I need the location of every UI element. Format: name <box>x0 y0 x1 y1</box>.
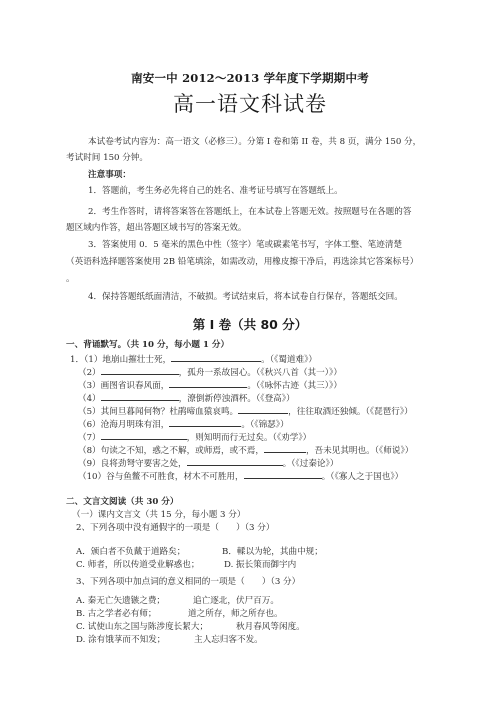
note-1: 1．答题前，考生务必先将自己的姓名、准考证号填写在答题纸上。 <box>88 184 343 196</box>
answer-blank <box>169 417 241 427</box>
question-3-option-left: D. 涂有饿莩而不知发； <box>76 633 165 645</box>
note-3-cont: （英语科选择题答案使用 2B 铅笔填涂，如需改动，用橡皮擦干净后，再选涂其它答案… <box>66 255 418 267</box>
note-2: 2．考生作答时，请将答案答在答题纸上，在本试卷上答题无效。按照题号在各题的答 <box>88 205 411 217</box>
recitation-item: （2），孤舟一系故园心。（《秋兴八首（其一）》） <box>78 365 342 378</box>
answer-blank <box>171 352 261 362</box>
exam-title: 高一语文科试卷 <box>0 88 500 118</box>
exam-subtitle: 南安一中 2012～2013 学年度下学期期中考 <box>0 70 500 86</box>
recitation-source: ，孤舟一系故园心。（《秋兴八首（其一）》） <box>179 368 342 378</box>
answer-blank <box>238 404 288 414</box>
question-3-option-left: A. 秦无亡矢遗镞之费； <box>76 594 165 606</box>
question-3-option-right: 追亡逐北，伏尸百万。 <box>193 594 279 606</box>
recitation-source: ，往往取酒还独倾。（《琵琶行》） <box>288 407 413 417</box>
question-3-option-right: 秋月春风等闲度。 <box>236 620 305 632</box>
answer-blank <box>101 430 187 440</box>
question-3-stem: 3、下列各项中加点词的意义相同的一项是（ ）（3 分） <box>76 575 300 587</box>
recitation-item: 1．（1）地崩山摧壮士死，。（《蜀道难》） <box>70 352 317 365</box>
recitation-item: （4），潦倒新停浊酒杯。（《登高》） <box>78 391 295 404</box>
recitation-prompt: （7） <box>78 433 101 443</box>
question-3-option-right: 道之所存，师之所存也。 <box>188 607 283 619</box>
question-2-option: D. 振长策而御宇内 <box>224 558 296 570</box>
answer-blank <box>101 391 179 401</box>
section-2-heading: 二、文言文阅读（共 30 分） <box>66 495 178 507</box>
recitation-item: （7），则知明而行无过矣。（《劝学》） <box>78 430 311 443</box>
answer-blank <box>264 443 306 453</box>
recitation-prompt: （6）沧海月明珠有泪， <box>78 420 169 430</box>
answer-blank <box>187 456 283 466</box>
recitation-prompt: （10）谷与鱼鳖不可胜食，材木不可胜用， <box>78 472 244 482</box>
recitation-item: （3）画图省识春风面，。（《咏怀古迹（其三）》） <box>78 378 342 391</box>
recitation-prompt: 1．（1）地崩山摧壮士死， <box>70 355 171 365</box>
recitation-source: ，则知明而行无过矣。（《劝学》） <box>187 433 312 443</box>
answer-blank <box>169 378 247 388</box>
recitation-source: ，潦倒新停浊酒杯。（《登高》） <box>179 394 295 404</box>
recitation-item: （5）其间旦暮闻何物？杜鹃啼血猿哀鸣。，往往取酒还独倾。（《琵琶行》） <box>78 404 413 417</box>
note-2-cont: 题区域内作答，超出答题区域书写的答案无效。 <box>66 221 246 233</box>
recitation-source: ，吾未见其明也。（《师说》） <box>306 446 413 456</box>
recitation-prompt: （4） <box>78 394 101 404</box>
exam-page: 南安一中 2012～2013 学年度下学期期中考 高一语文科试卷 本试卷考试内容… <box>0 0 500 707</box>
note-4: 4．保持答题纸纸面清洁，不破损。考试结束后，将本试卷自行保存，答题纸交回。 <box>88 290 403 302</box>
section-1-heading: 一、背诵默写。（共 10 分，每小题 1 分） <box>66 338 229 350</box>
answer-blank <box>101 365 179 375</box>
intro-line-1: 本试卷考试内容为：高一语文（必修三）。分第 I 卷和第 II 卷，共 8 页，满… <box>88 135 421 147</box>
intro-line-2: 考试时间 150 分钟。 <box>66 151 148 163</box>
answer-blank <box>244 469 322 479</box>
recitation-prompt: （9）良将劲弩守要害之处， <box>78 459 187 469</box>
recitation-prompt: （2） <box>78 368 101 378</box>
question-2-option: A．颁白者不负戴于道路矣； <box>76 545 185 557</box>
recitation-source: 。（《咏怀古迹（其三）》） <box>247 381 342 391</box>
note-3: 3．答案使用 0．5 毫米的黑色中性（签字）笔或碳素笔书写，字体工整、笔迹清楚 <box>88 238 402 250</box>
question-3-option-right: 主人忘归客不发。 <box>194 633 263 645</box>
recitation-item: （6）沧海月明珠有泪，。（《锦瑟》） <box>78 417 289 430</box>
notes-heading: 注意事项： <box>88 168 131 180</box>
question-2-option: B．輮以为轮，其曲中规； <box>222 545 323 557</box>
note-3-end: 。 <box>66 272 75 284</box>
recitation-prompt: （3）画图省识春风面， <box>78 381 169 391</box>
question-3-option-left: C. 试使山东之国与陈涉度长絜大； <box>76 620 208 632</box>
recitation-prompt: （5）其间旦暮闻何物？杜鹃啼血猿哀鸣。 <box>78 407 238 417</box>
recitation-source: 。（《过秦论》） <box>283 459 339 469</box>
recitation-item: （9）良将劲弩守要害之处，。（《过秦论》） <box>78 456 338 469</box>
recitation-prompt: （8）句读之不知，惑之不解，或师焉，或不焉， <box>78 446 264 456</box>
recitation-source: 。（《寡人之于国也》） <box>322 472 404 482</box>
question-2-stem: 2、下列各项中没有通假字的一项是（ ）（3 分） <box>76 521 274 533</box>
recitation-source: 。（《锦瑟》） <box>241 420 288 430</box>
question-3-option-left: B. 古之学者必有师； <box>76 607 157 619</box>
question-2-option: C. 师者，所以传道受业解惑也； <box>76 558 199 570</box>
section-2-sub-1: （一）课内文言文（共 15 分，每小题 3 分） <box>72 508 245 520</box>
part-1-title: 第 I 卷（共 80 分） <box>0 315 500 333</box>
recitation-source: 。（《蜀道难》） <box>261 355 317 365</box>
recitation-item: （10）谷与鱼鳖不可胜食，材木不可胜用，。（《寡人之于国也》） <box>78 469 403 482</box>
recitation-item: （8）句读之不知，惑之不解，或师焉，或不焉，，吾未见其明也。（《师说》） <box>78 443 413 456</box>
